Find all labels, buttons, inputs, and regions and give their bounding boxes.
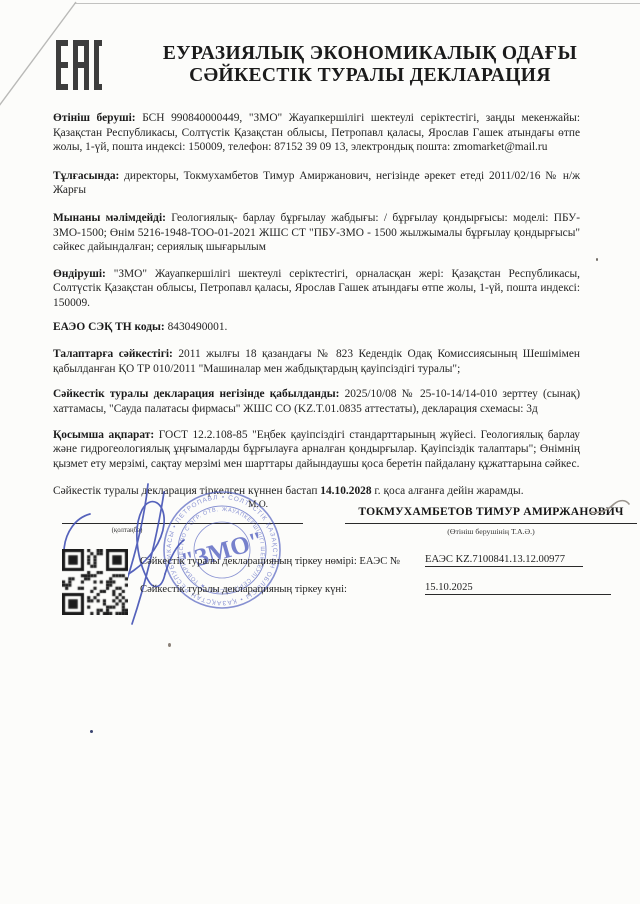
paragraph-tn-code: ЕАЭО СЭҚ ТН коды: 8430490001. [53,320,580,335]
paragraph-text: директоры, Токмухамбетов Тимур Амиржанов… [53,170,580,197]
paragraph-person: Тұлғасында: директоры, Токмухамбетов Тим… [53,169,580,198]
mo-seal-label: М.О. [248,500,268,510]
paragraph-lead: Сәйкестік туралы декларация негізінде қа… [53,388,339,400]
title-line-2: СӘЙКЕСТІК ТУРАЛЫ ДЕКЛАРАЦИЯ [140,65,600,87]
paragraph-lead: Өтініш беруші: [53,112,136,124]
paragraph-requirements: Талаптарға сәйкестігі: 2011 жылғы 18 қаз… [53,347,580,376]
paragraph-basis: Сәйкестік туралы декларация негізінде қа… [53,387,580,416]
validity-text: г. қоса алғанға дейін жарамды. [372,485,524,497]
registration-date-value: 15.10.2025 [425,582,611,595]
registration-date-label: Сәйкестік туралы декларацияның тіркеу кү… [140,584,347,595]
registration-number-label: Сәйкестік туралы декларацияның тіркеу нө… [140,556,400,567]
document-title: ЕУРАЗИЯЛЫҚ ЭКОНОМИКАЛЫҚ ОДАҒЫ СӘЙКЕСТІК … [140,43,600,87]
paragraph-lead: ЕАЭО СЭҚ ТН коды: [53,321,165,333]
declaration-document: ЕУРАЗИЯЛЫҚ ЭКОНОМИКАЛЫҚ ОДАҒЫ СӘЙКЕСТІК … [0,0,640,904]
paragraph-lead: Тұлғасында: [53,170,119,182]
paragraph-text: 8430490001. [165,321,228,333]
paragraph-lead: Қосымша ақпарат: [53,429,154,441]
qr-code [62,549,128,615]
validity-date: 14.10.2028 [320,485,371,497]
declaration-body: Өтініш беруші: БСН 990840000449, "ЗМО" Ж… [53,111,580,499]
paragraph-declares: Мынаны мәлімдейді: Геологиялық- барлау б… [53,211,580,255]
eac-mark-icon [56,40,102,90]
registration-number-value: ЕАЭС KZ.7100841.13.12.00977 [425,554,583,567]
title-line-1: ЕУРАЗИЯЛЫҚ ЭКОНОМИКАЛЫҚ ОДАҒЫ [140,43,600,65]
paragraph-text: "ЗМО" Жауапкершілігі шектеулі серіктесті… [53,268,580,309]
paragraph-lead: Өндіруші: [53,268,106,280]
scan-speck [168,643,171,647]
paragraph-applicant: Өтініш беруші: БСН 990840000449, "ЗМО" Ж… [53,111,580,155]
paragraph-lead: Мынаны мәлімдейді: [53,212,166,224]
paragraph-lead: Талаптарға сәйкестігі: [53,348,173,360]
scan-edge-line [74,3,640,4]
pen-flick-mark [588,496,632,518]
scan-speck [596,258,598,261]
applicant-name-line [345,523,637,524]
paragraph-manufacturer: Өндіруші: "ЗМО" Жауапкершілігі шектеулі … [53,267,580,311]
applicant-name-caption: (Өтініш берушінің Т.А.Ә.) [345,527,637,536]
ink-speck [90,730,93,733]
